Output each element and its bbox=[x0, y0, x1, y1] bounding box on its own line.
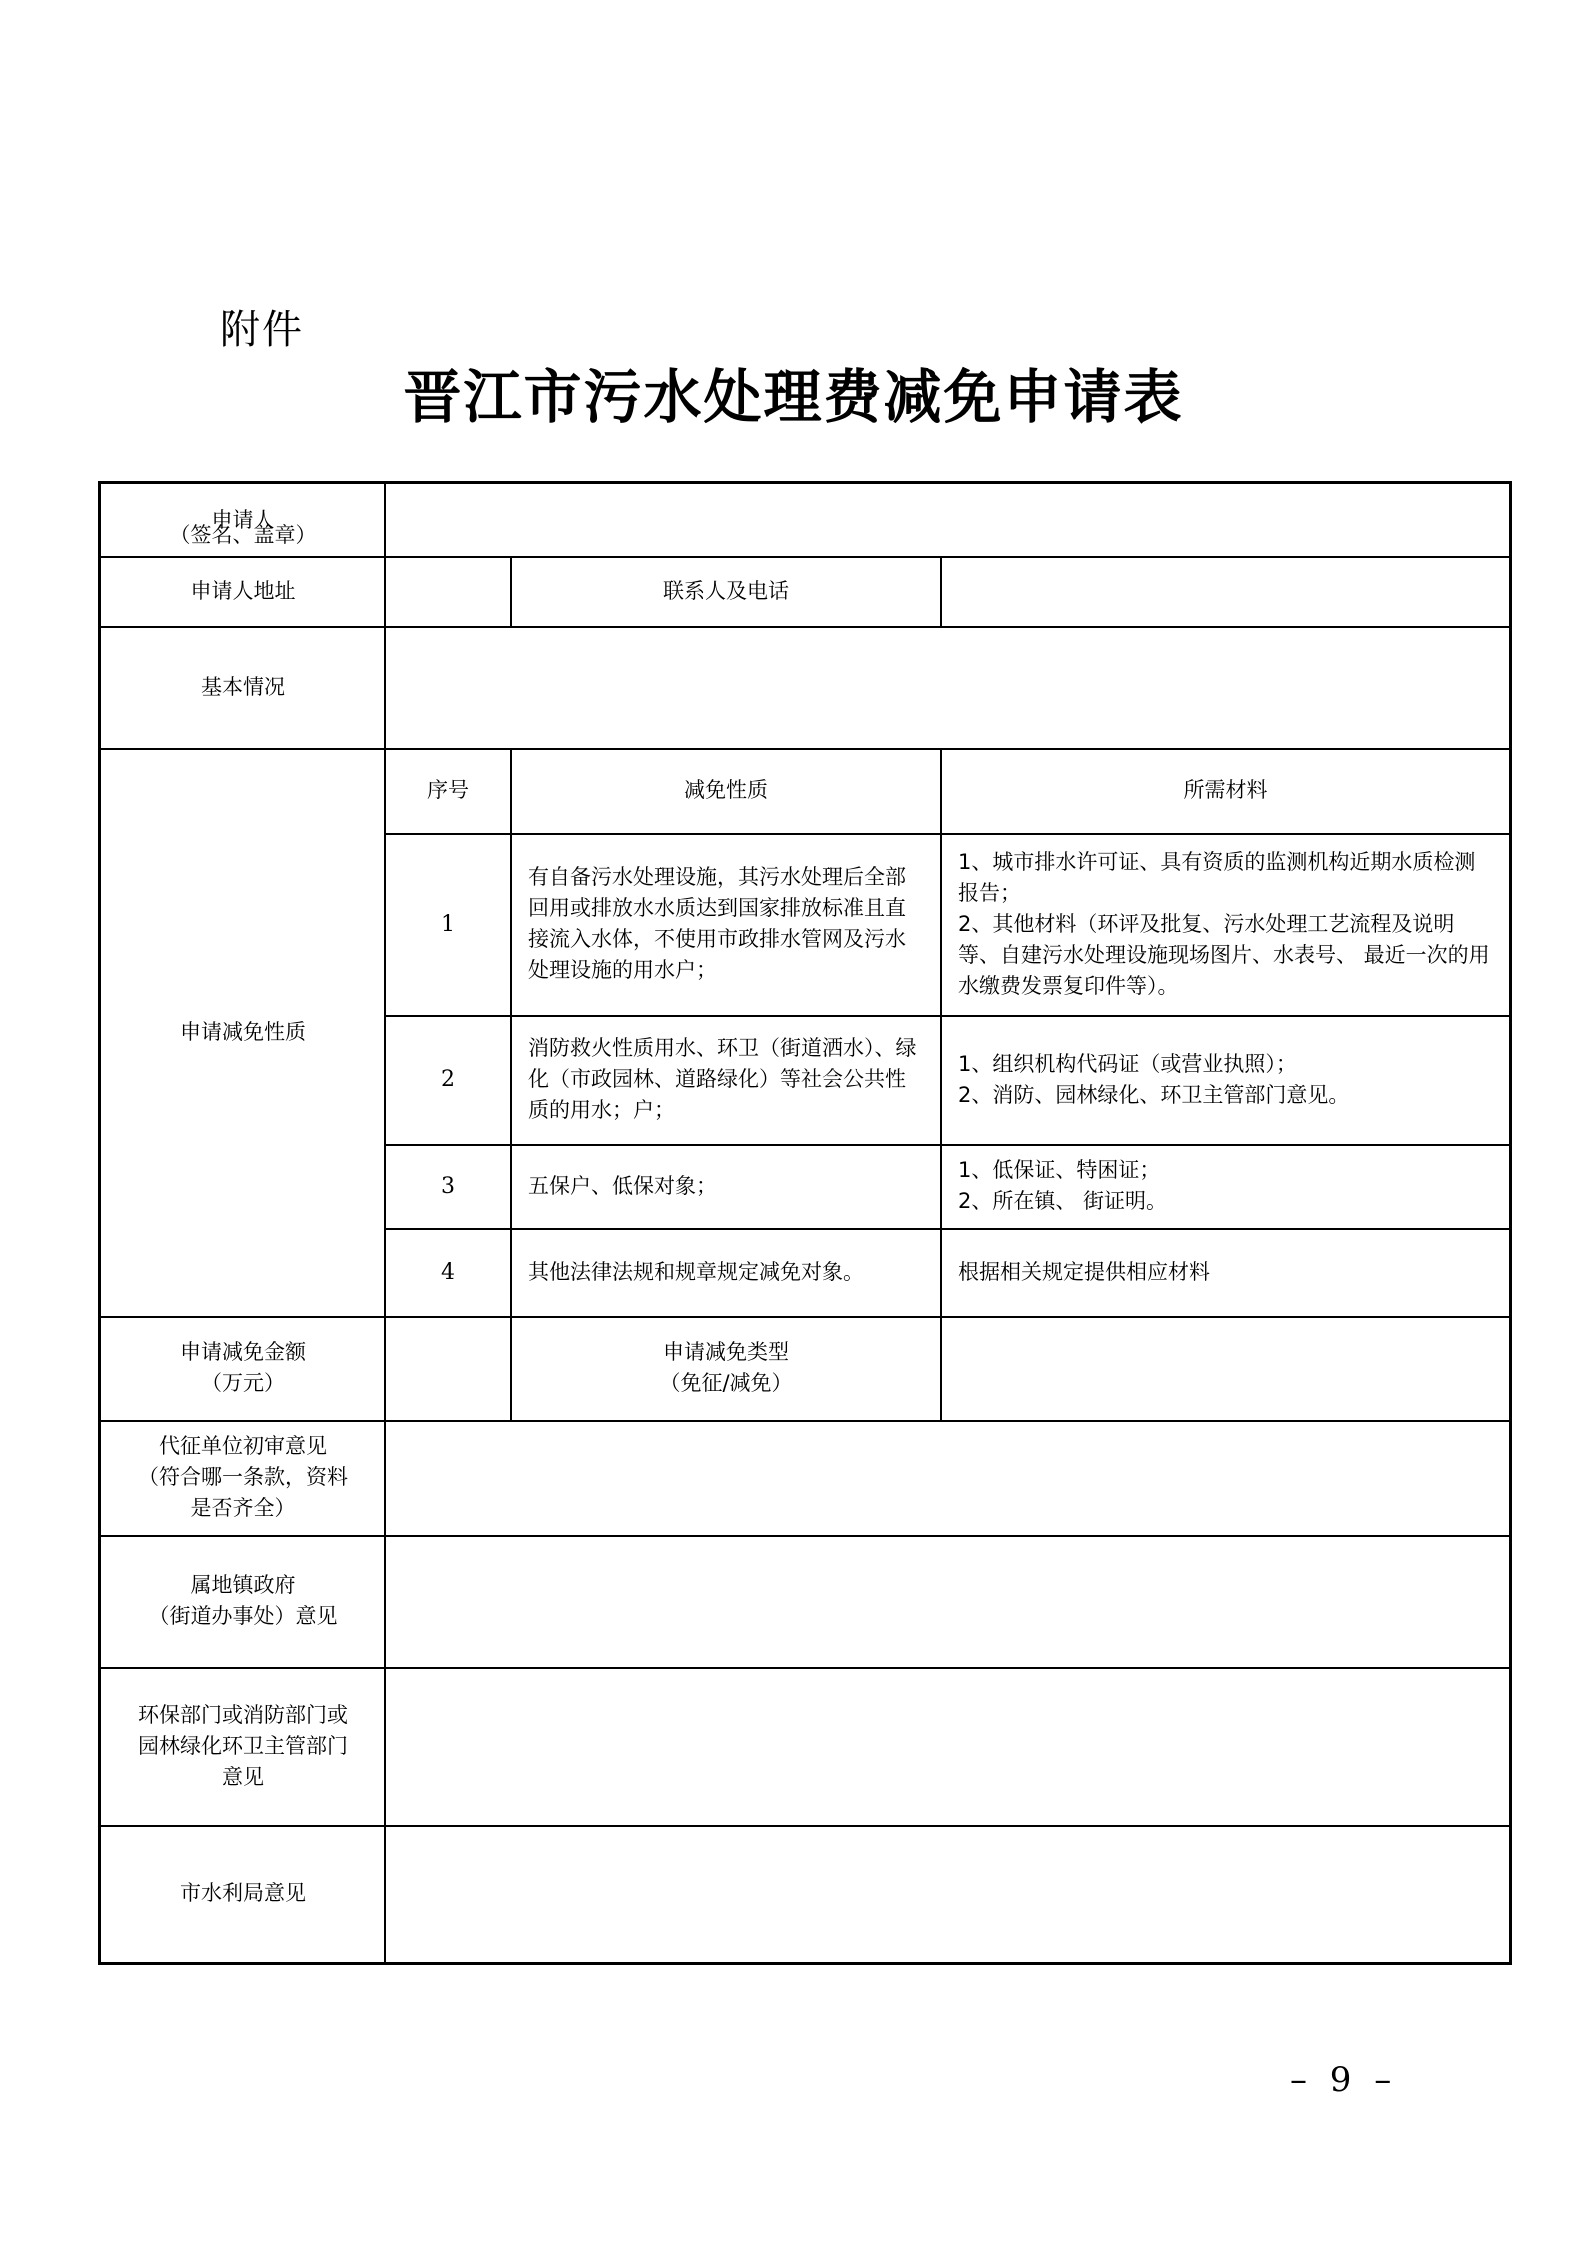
item-no: 3 bbox=[386, 1144, 510, 1228]
type-label-line1: 申请减免类型 bbox=[663, 1337, 789, 1368]
applicant-field[interactable] bbox=[386, 484, 1509, 556]
type-label-line2: （免征/减免） bbox=[659, 1368, 792, 1399]
item-nature: 消防救火性质用水、环卫（街道洒水）、绿化（市政园林、道路绿化）等社会公共性质的用… bbox=[512, 1015, 940, 1144]
application-form-table: 申请人 （签名、盖章） 申请人地址 联系人及电话 基本情况 申请减免性质 序号 … bbox=[98, 481, 1512, 1965]
item-materials: 根据相关规定提供相应材料 bbox=[942, 1228, 1509, 1316]
nature-section-label: 申请减免性质 bbox=[101, 748, 385, 1316]
attachment-label: 附件 bbox=[220, 298, 304, 355]
dept-opinion-label: 环保部门或消防部门或 园林绿化环卫主管部门 意见 bbox=[101, 1667, 385, 1825]
collector-opinion-label: 代征单位初审意见 （符合哪一条款，资料 是否齐全） bbox=[101, 1420, 385, 1535]
address-field[interactable] bbox=[386, 556, 510, 626]
amount-label-line2: （万元） bbox=[201, 1368, 285, 1399]
page-number: – 9 – bbox=[1290, 2060, 1397, 2100]
dept-opinion-field[interactable] bbox=[386, 1667, 1509, 1825]
item-nature: 有自备污水处理设施，其污水处理后全部回用或排放水水质达到国家排放标准且直接流入水… bbox=[512, 833, 940, 1015]
town-opinion-field[interactable] bbox=[386, 1535, 1509, 1667]
item-no: 4 bbox=[386, 1228, 510, 1316]
town-opinion-label: 属地镇政府 （街道办事处）意见 bbox=[101, 1535, 385, 1667]
item-nature: 其他法律法规和规章规定减免对象。 bbox=[512, 1228, 940, 1316]
type-field[interactable] bbox=[942, 1316, 1509, 1420]
amount-label: 申请减免金额 （万元） bbox=[101, 1316, 385, 1420]
item-materials: 1、组织机构代码证（或营业执照）； 2、消防、园林绿化、环卫主管部门意见。 bbox=[942, 1015, 1509, 1144]
basic-info-label: 基本情况 bbox=[101, 626, 385, 748]
amount-label-line1: 申请减免金额 bbox=[180, 1337, 306, 1368]
page-title: 晋江市污水处理费减免申请表 bbox=[0, 350, 1587, 434]
applicant-label-line2: （签名、盖章） bbox=[170, 520, 317, 551]
contact-label: 联系人及电话 bbox=[512, 556, 940, 626]
col-header-materials: 所需材料 bbox=[942, 748, 1509, 833]
applicant-label: 申请人 （签名、盖章） bbox=[101, 484, 385, 556]
type-label: 申请减免类型 （免征/减免） bbox=[512, 1316, 940, 1420]
basic-info-field[interactable] bbox=[386, 626, 1509, 748]
collector-opinion-field[interactable] bbox=[386, 1420, 1509, 1535]
address-label: 申请人地址 bbox=[101, 556, 385, 626]
col-header-nature: 减免性质 bbox=[512, 748, 940, 833]
col-header-no: 序号 bbox=[386, 748, 510, 833]
item-no: 1 bbox=[386, 833, 510, 1015]
contact-field[interactable] bbox=[942, 556, 1509, 626]
water-bureau-opinion-field[interactable] bbox=[386, 1825, 1509, 1962]
item-materials: 1、低保证、特困证； 2、所在镇、 街证明。 bbox=[942, 1144, 1509, 1228]
amount-field[interactable] bbox=[386, 1316, 510, 1420]
item-nature: 五保户、低保对象； bbox=[512, 1144, 940, 1228]
item-no: 2 bbox=[386, 1015, 510, 1144]
water-bureau-opinion-label: 市水利局意见 bbox=[101, 1825, 385, 1962]
item-materials: 1、城市排水许可证、具有资质的监测机构近期水质检测报告； 2、其他材料（环评及批… bbox=[942, 833, 1509, 1015]
